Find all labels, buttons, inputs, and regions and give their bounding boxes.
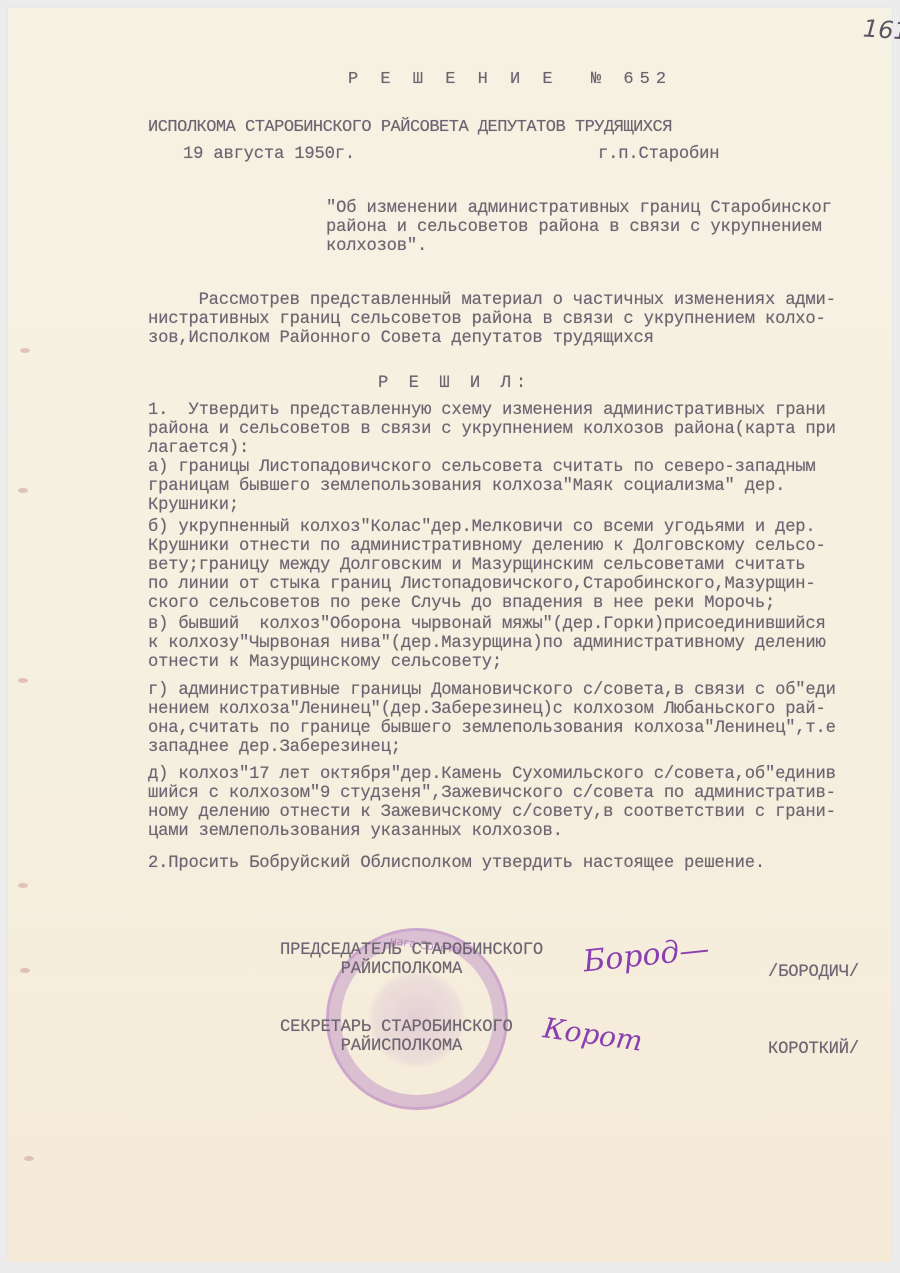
paper-blemish [18, 678, 28, 683]
archive-page-number: 161 [862, 14, 900, 45]
issuing-body: ИСПОЛКОМА СТАРОБИНСКОГО РАЙСОВЕТА ДЕПУТА… [148, 118, 672, 137]
preamble: Рассмотрев представленный материал о час… [148, 291, 836, 348]
resolved-heading: Р Е Ш И Л: [378, 374, 531, 393]
paper-blemish [18, 883, 28, 888]
resolution-item-g: г) административные границы Домановичско… [148, 681, 836, 757]
resolution-item-d: д) колхоз"17 лет октября"дер.Камень Сухо… [148, 765, 836, 841]
paper-blemish [20, 968, 30, 973]
document-title: Р Е Ш Е Н И Е № 652 [348, 70, 672, 89]
resolution-item-2: 2.Просить Бобруйский Облисполком утверди… [148, 854, 765, 873]
document-page: 161 Р Е Ш Е Н И Е № 652 ИСПОЛКОМА СТАРОБ… [8, 8, 892, 1262]
chairman-role: ПРЕДСЕДАТЕЛЬ СТАРОБИНСКОГО РАЙИСПОЛКОМА [280, 941, 543, 979]
paper-blemish [18, 488, 28, 493]
secretary-name: КОРОТКИЙ/ [768, 1040, 859, 1059]
resolution-item-b: б) укрупненный колхоз"Колас"дер.Мелкович… [148, 518, 826, 613]
resolution-item-a: а) границы Листопадовичского сельсовета … [148, 458, 816, 515]
document-place: г.п.Старобин [598, 145, 719, 164]
chairman-signature: Бород— [582, 931, 711, 979]
chairman-name: /БОРОДИЧ/ [768, 963, 859, 982]
document-subject: "Об изменении административных границ Ст… [326, 199, 832, 256]
document-date: 19 августа 1950г. [183, 145, 355, 164]
paper-blemish [20, 348, 30, 353]
resolution-item-v: в) бывший колхоз"Оборона чырвонай мяжы"(… [148, 615, 826, 672]
secretary-role: СЕКРЕТАРЬ СТАРОБИНСКОГО РАЙИСПОЛКОМА [280, 1018, 513, 1056]
resolution-item-1: 1. Утвердить представленную схему измене… [148, 401, 836, 458]
secretary-signature: Корот [541, 1011, 644, 1058]
paper-blemish [24, 1156, 34, 1161]
